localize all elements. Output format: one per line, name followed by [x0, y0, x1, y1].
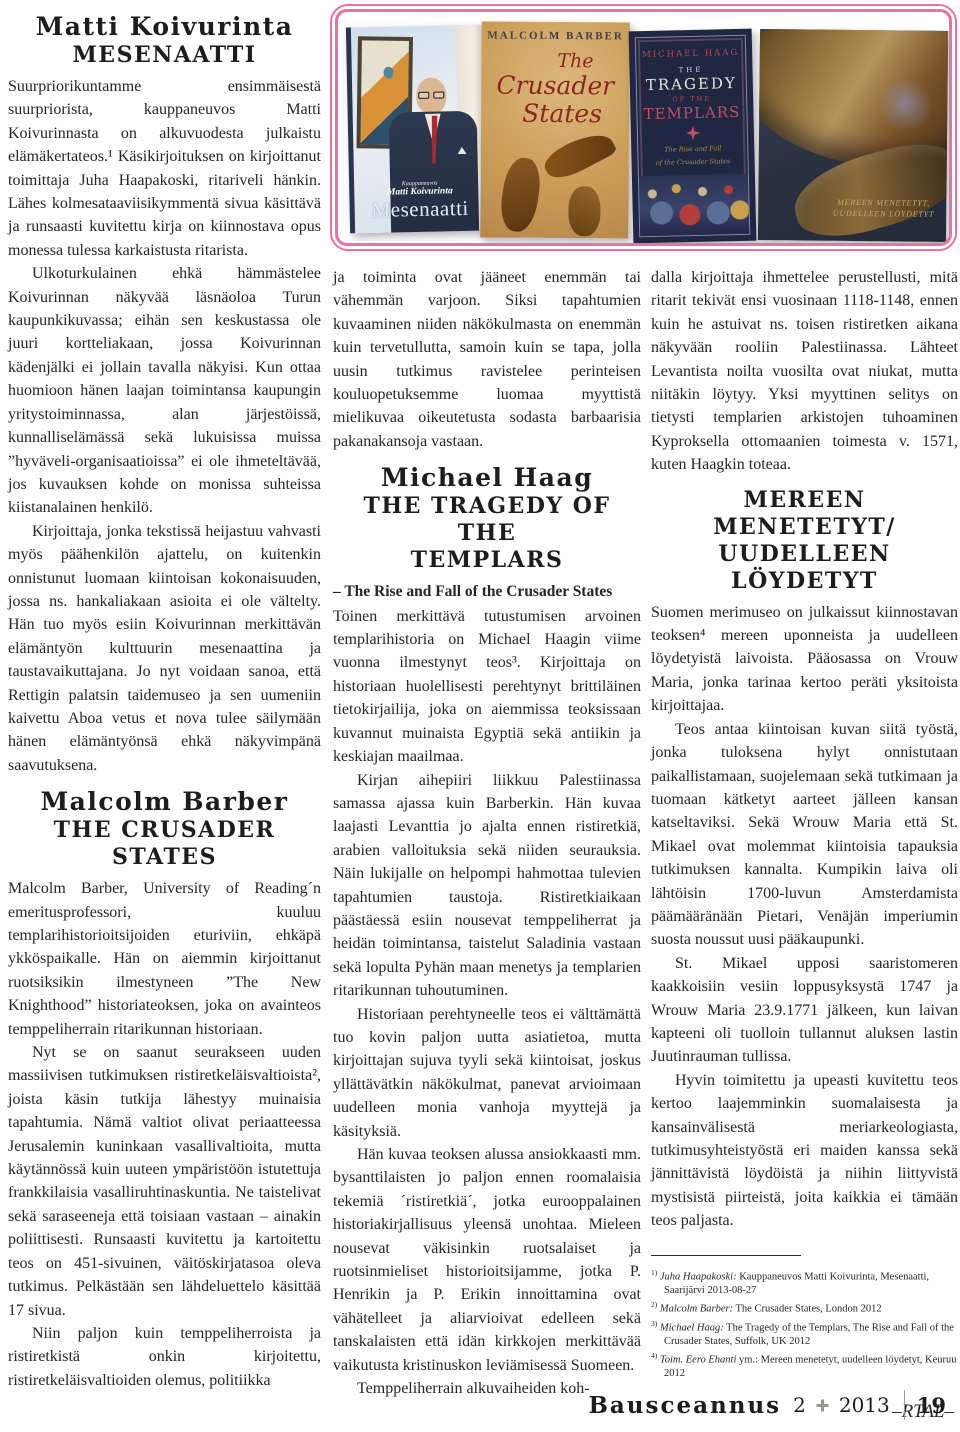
- cover-title-line: States: [495, 100, 629, 129]
- footnote-divider: [651, 1255, 801, 1256]
- cover-subtitle-line: The Rise and Fall: [638, 144, 747, 155]
- journal-name: Bausceannus: [588, 1392, 781, 1419]
- heading-title: THE CRUSADER STATES: [8, 817, 321, 871]
- footnote-number: 2): [651, 1300, 657, 1309]
- heading-author-name: Michael Haag: [333, 463, 641, 493]
- book-cover-text: Kauppaneuvos Matti Koivurinta Mesenaatti: [354, 180, 486, 224]
- footnote-item: 4) Toim. Eero Ehanti ym.: Mereen menetet…: [651, 1349, 958, 1380]
- book-cover-crusader-states: MALCOLM BARBER The Crusader States: [480, 21, 630, 238]
- cover-title-line: TRAGEDY: [637, 74, 746, 94]
- cover-title-line: Crusader: [481, 71, 629, 100]
- footnote-source: Malcolm Barber:: [660, 1303, 733, 1314]
- footnote-source: Toim. Eero Ehanti: [660, 1355, 737, 1366]
- book-cover-mereen-menetetyt: MEREEN MENETETYT, UUDELLEEN LÖYDETYT: [758, 29, 948, 242]
- body-paragraph: Nyt se on saanut seurakseen uuden massii…: [8, 1041, 321, 1322]
- heading-title: TEMPLARS: [333, 547, 641, 574]
- body-paragraph: Suurpriorikuntamme ensimmäisestä suurpri…: [8, 75, 321, 262]
- footnote-source: Juha Haapakoski:: [660, 1271, 737, 1282]
- footer-year: 2013: [839, 1393, 890, 1417]
- cover-author: MICHAEL HAAG: [636, 48, 745, 60]
- body-paragraph: Ulkoturkulainen ehkä hämmästelee Koivuri…: [8, 262, 321, 519]
- book-cover-tragedy-templars: MICHAEL HAAG THE TRAGEDY OF THE TEMPLARS…: [629, 29, 757, 244]
- article-heading-koivurinta: Matti Koivurinta MESENAATTI: [8, 12, 321, 69]
- article-heading-barber: Malcolm Barber THE CRUSADER STATES: [8, 787, 321, 871]
- cross-pattee-icon: [684, 125, 700, 141]
- footnote-list: 1) Juha Haapakoski: Kauppaneuvos Matti K…: [651, 1266, 958, 1381]
- portrait-glasses: [418, 91, 444, 99]
- body-paragraph: Kirjan aihepiiri liikkuu Palestiinassa s…: [333, 769, 641, 1003]
- page-number: 19: [917, 1393, 946, 1418]
- cover-subtitle-line: of the Crusader States: [639, 157, 748, 168]
- cover-title: The Crusader States: [481, 49, 630, 128]
- issue-number: 2: [793, 1393, 806, 1417]
- cross-icon: [815, 1398, 830, 1413]
- book-subtitle: – The Rise and Fall of the Crusader Stat…: [333, 580, 641, 603]
- cover-title-line: MEREEN MENETETYT,: [837, 198, 930, 208]
- footnote-item: 1) Juha Haapakoski: Kauppaneuvos Matti K…: [651, 1266, 958, 1297]
- footnote-source: Michael Haag:: [660, 1322, 724, 1333]
- cover-title: MEREEN MENETETYT, UUDELLEEN LÖYDETYT: [833, 197, 935, 220]
- sculpture-figure-decor: [497, 156, 543, 234]
- heading-title: MESENAATTI: [8, 42, 321, 69]
- article-heading-mereen: MEREEN MENETETYT/ UUDELLEEN LÖYDETYT: [651, 487, 958, 595]
- body-paragraph: Niin paljon kuin temppeliherroista ja ri…: [8, 1322, 321, 1392]
- article-column-middle: ja toiminta ovat jääneet enemmän tai väh…: [333, 266, 641, 1400]
- heading-title: UUDELLEEN LÖYDETYT: [651, 541, 958, 595]
- crusader-battle-illustration: [639, 174, 749, 236]
- body-paragraph: dalla kirjoittaja ihmettelee perustellus…: [651, 266, 958, 477]
- footnote-number: 1): [651, 1268, 657, 1277]
- cover-title: Mesenaatti: [354, 196, 485, 224]
- heading-title: MEREEN MENETETYT/: [651, 487, 958, 541]
- book-cover-mesenaatti: Kauppaneuvos Matti Koivurinta Mesenaatti: [346, 25, 486, 234]
- body-paragraph: Hän kuvaa teoksen alussa ansiokkaasti mm…: [333, 1143, 641, 1377]
- footnote-item: 2) Malcolm Barber: The Crusader States, …: [651, 1298, 958, 1316]
- body-paragraph: St. Mikael upposi saaristomeren kaakkois…: [651, 952, 958, 1069]
- heading-title: THE TRAGEDY OF THE: [333, 493, 641, 547]
- sculpture-figure-decor: [568, 186, 600, 236]
- body-paragraph: Hyvin toimitettu ja upeasti kuvitettu te…: [651, 1069, 958, 1233]
- article-heading-haag: Michael Haag THE TRAGEDY OF THE TEMPLARS: [333, 463, 641, 574]
- cover-title-line: UUDELLEEN LÖYDETYT: [833, 209, 934, 219]
- body-paragraph: Suomen merimuseo on julkaissut kiinnosta…: [651, 601, 958, 718]
- painting-detail: [383, 67, 393, 79]
- cover-title-line: The: [521, 50, 629, 73]
- body-paragraph: Kirjoittaja, jonka tekstissä heijastuu v…: [8, 520, 321, 777]
- footnote-text: The Crusader States, London 2012: [733, 1303, 882, 1314]
- body-paragraph: Teos antaa kiintoisan kuvan siitä työstä…: [651, 718, 958, 952]
- footer-divider: [904, 1390, 905, 1420]
- page-footer: Bausceannus 2 2013 19: [588, 1390, 946, 1420]
- cover-title-line: TEMPLARS: [637, 103, 746, 123]
- heading-author-name: Malcolm Barber: [8, 787, 321, 817]
- footnote-number: 3): [651, 1319, 657, 1328]
- footnote-item: 3) Michael Haag: The Tragedy of the Temp…: [651, 1317, 958, 1348]
- body-paragraph: Malcolm Barber, University of Reading´n …: [8, 877, 321, 1041]
- article-column-left: Matti Koivurinta MESENAATTI Suurprioriku…: [8, 12, 321, 1392]
- book-covers-figure-inner: Kauppaneuvos Matti Koivurinta Mesenaatti…: [335, 9, 952, 246]
- footnote-number: 4): [651, 1351, 657, 1360]
- sculpture-wing-decor: [540, 125, 618, 185]
- cover-author: MALCOLM BARBER: [482, 29, 630, 42]
- body-paragraph: Historiaan perehtyneelle teos ei välttäm…: [333, 1003, 641, 1143]
- body-paragraph: Toinen merkittävä tutustumisen arvoinen …: [333, 605, 641, 769]
- body-paragraph: ja toiminta ovat jääneet enemmän tai väh…: [333, 266, 641, 453]
- book-covers-figure: Kauppaneuvos Matti Koivurinta Mesenaatti…: [330, 4, 957, 251]
- heading-author-name: Matti Koivurinta: [8, 12, 321, 42]
- article-column-right: dalla kirjoittaja ihmettelee perustellus…: [651, 266, 958, 1424]
